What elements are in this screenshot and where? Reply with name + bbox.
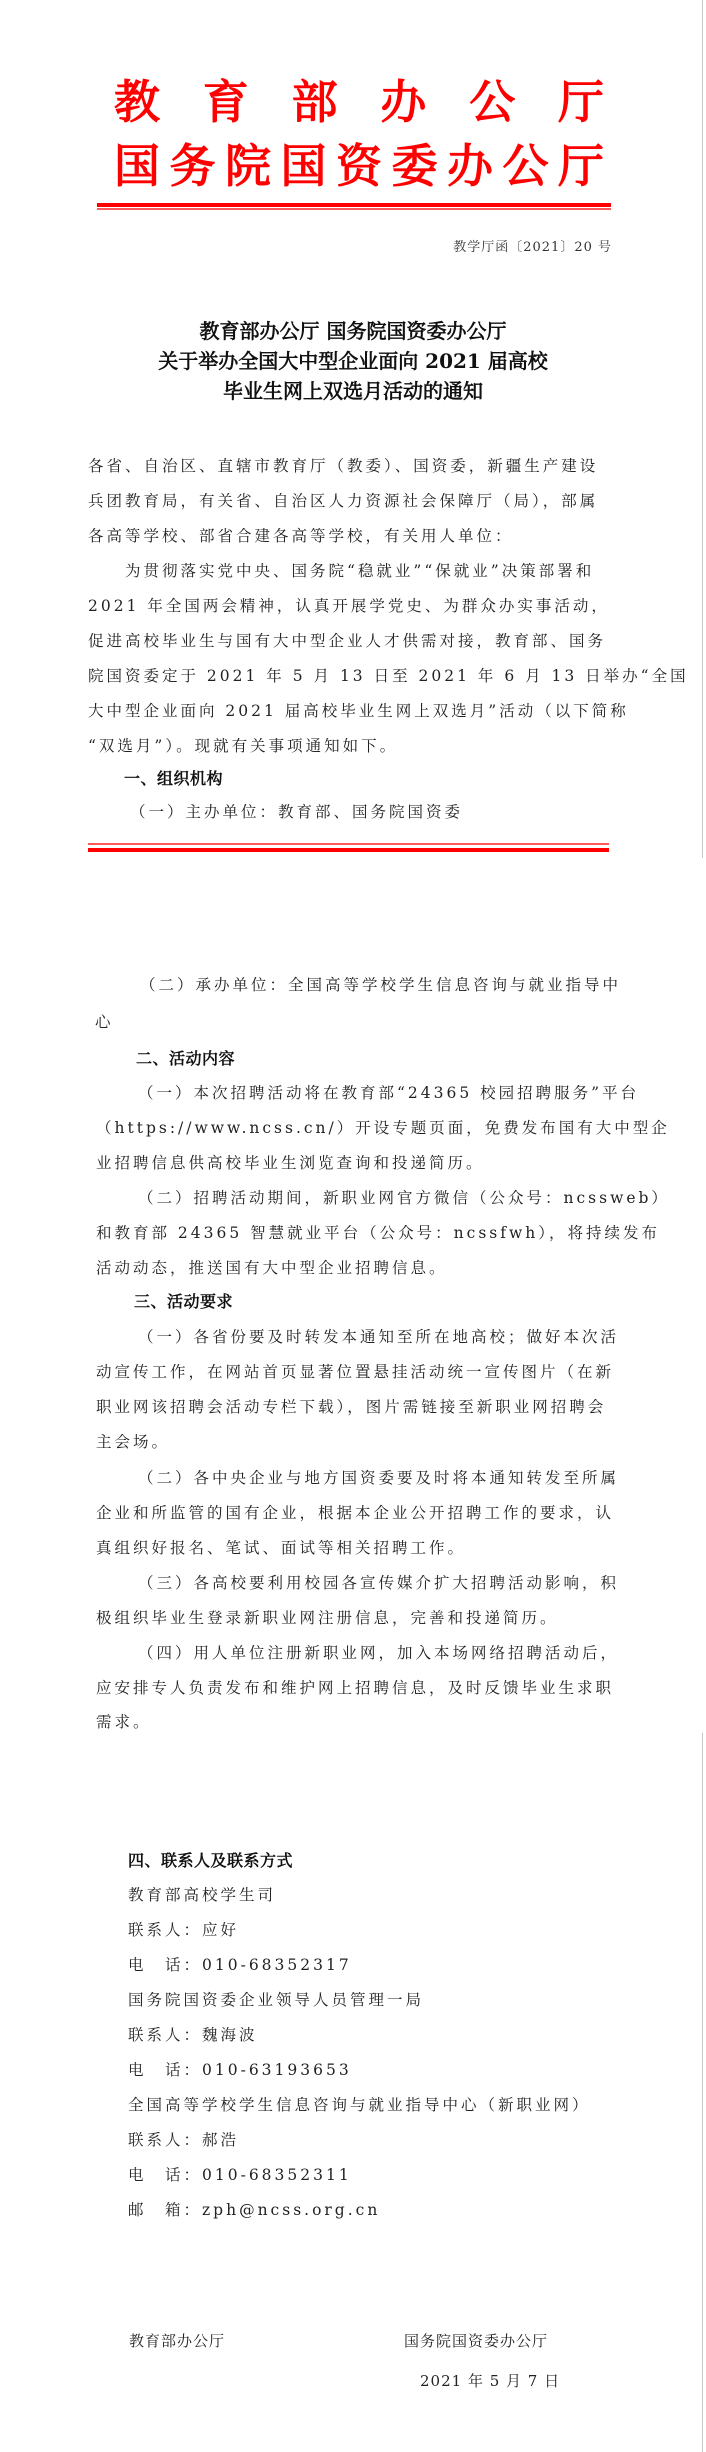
contact-person: 联系人：郝浩 [128,2128,239,2150]
masthead-line-2: 国 务 院 国 资 委 办 公 厅 [114,136,604,196]
masthead-char: 院 [225,136,271,196]
section-3-item-1: 职业网该招聘会活动专栏下载），图片需链接至新职业网招聘会 [96,1395,616,1417]
intro-line: 大中型企业面向 2021 届高校毕业生网上双选月”活动（以下简称 [88,699,608,721]
header-red-rule-thick [97,203,611,207]
page-red-rule-thick [88,848,609,852]
masthead-char: 厅 [558,72,604,132]
masthead-char: 厅 [558,136,604,196]
section-2-item-2: （二）招聘活动期间，新职业网官方微信（公众号：ncssweb） [138,1186,658,1208]
intro-line: “双选月”）。现就有关事项通知如下。 [88,734,608,756]
addressee-line: 各高等学校、部省合建各高等学校，有关用人单位： [88,524,608,546]
section-1-item-2: （二）承办单位：全国高等学校学生信息咨询与就业指导中 [140,973,660,995]
section-3-item-3: （三）各高校要利用校园各宣传媒介扩大招聘活动影响，积 [138,1571,658,1593]
masthead-char: 国 [114,136,160,196]
masthead-char: 办 [447,136,493,196]
section-3-item-2: （二）各中央企业与地方国资委要及时将本通知转发至所属 [138,1466,658,1488]
header-red-rule-thin [97,208,611,210]
title-line-3: 毕业生网上双选月活动的通知 [0,376,706,406]
intro-line: 院国资委定于 2021 年 5 月 13 日至 2021 年 6 月 13 日举… [88,664,608,686]
masthead-char: 务 [170,136,216,196]
section-1-item-2-cont: 心 [95,1010,615,1032]
contact-phone: 电 话：010-68352317 [128,1953,352,1975]
contact-phone: 电 话：010-68352311 [128,2163,352,2185]
section-2-heading: 二、活动内容 [136,1046,235,1069]
contact-person: 联系人：应好 [128,1918,239,1940]
signature-left: 教育部办公厅 [129,2330,225,2351]
masthead-char: 公 [469,72,515,132]
title-line-2: 关于举办全国大中型企业面向 2021 届高校 [0,346,706,376]
section-2-item-1: （https://www.ncss.cn/）开设专题页面，免费发布国有大中型企 [96,1116,616,1138]
section-3-item-3: 极组织毕业生登录新职业网注册信息，完善和投递简历。 [96,1606,616,1628]
section-3-item-1: （一）各省份要及时转发本通知至所在地高校；做好本次活 [138,1325,658,1347]
masthead-char: 育 [203,72,249,132]
masthead-char: 公 [503,136,549,196]
masthead-char: 国 [281,136,327,196]
signature-date: 2021 年 5 月 7 日 [420,2370,560,2391]
contact-person: 联系人：魏海波 [128,2023,258,2045]
section-2-item-2: 活动动态，推送国有大中型企业招聘信息。 [96,1256,616,1278]
page-right-border [702,0,703,858]
section-1-heading: 一、组织机构 [124,766,223,789]
section-3-heading: 三、活动要求 [134,1289,233,1312]
intro-line: 促进高校毕业生与国有大中型企业人才供需对接，教育部、国务 [88,629,608,651]
masthead-char: 教 [114,72,160,132]
section-3-item-1: 动宣传工作，在网站首页显著位置悬挂活动统一宣传图片（在新 [96,1360,616,1382]
page-red-rule-thin [88,843,609,845]
contact-org: 国务院国资委企业领导人员管理一局 [128,1988,424,2010]
section-3-item-2: 企业和所监管的国有企业，根据本企业公开招聘工作的要求，认 [96,1501,616,1523]
section-3-item-4: （四）用人单位注册新职业网，加入本场网络招聘活动后， [138,1641,658,1663]
section-4-heading: 四、联系人及联系方式 [128,1848,293,1871]
masthead-char: 办 [380,72,426,132]
section-2-item-1: （一）本次招聘活动将在教育部“24365 校园招聘服务”平台 [138,1081,658,1103]
addressee-line: 兵团教育局，有关省、自治区人力资源社会保障厅（局），部属 [88,489,608,511]
signature-right: 国务院国资委办公厅 [404,2330,548,2351]
contact-org: 全国高等学校学生信息咨询与就业指导中心（新职业网） [128,2093,591,2115]
masthead-char: 资 [336,136,382,196]
masthead-char: 委 [392,136,438,196]
section-1-item-1: （一）主办单位：教育部、国务院国资委 [130,800,650,822]
section-3-item-4: 需求。 [96,1710,616,1732]
masthead-char: 部 [292,72,338,132]
contact-email: 邮 箱：zph@ncss.org.cn [128,2198,380,2220]
intro-line: 为贯彻落实党中央、国务院“稳就业”“保就业”决策部署和 [125,559,645,581]
section-3-item-1: 主会场。 [96,1430,616,1452]
document-number: 教学厅函〔2021〕20 号 [0,236,612,255]
intro-line: 2021 年全国两会精神，认真开展学党史、为群众办实事活动， [88,594,608,616]
contact-phone: 电 话：010-63193653 [128,2058,352,2080]
section-3-item-2: 真组织好报名、笔试、面试等相关招聘工作。 [96,1536,616,1558]
page-right-border-2 [702,1733,703,2452]
masthead-line-1: 教 育 部 办 公 厅 [114,72,604,132]
addressee-line: 各省、自治区、直辖市教育厅（教委）、国资委，新疆生产建设 [88,454,608,476]
section-3-item-4: 应安排专人负责发布和维护网上招聘信息，及时反馈毕业生求职 [96,1676,616,1698]
section-2-item-1: 业招聘信息供高校毕业生浏览查询和投递简历。 [96,1151,616,1173]
contact-org: 教育部高校学生司 [128,1883,276,1905]
section-2-item-2: 和教育部 24365 智慧就业平台（公众号：ncssfwh），将持续发布 [96,1221,616,1243]
title-line-1: 教育部办公厅 国务院国资委办公厅 [0,316,706,346]
